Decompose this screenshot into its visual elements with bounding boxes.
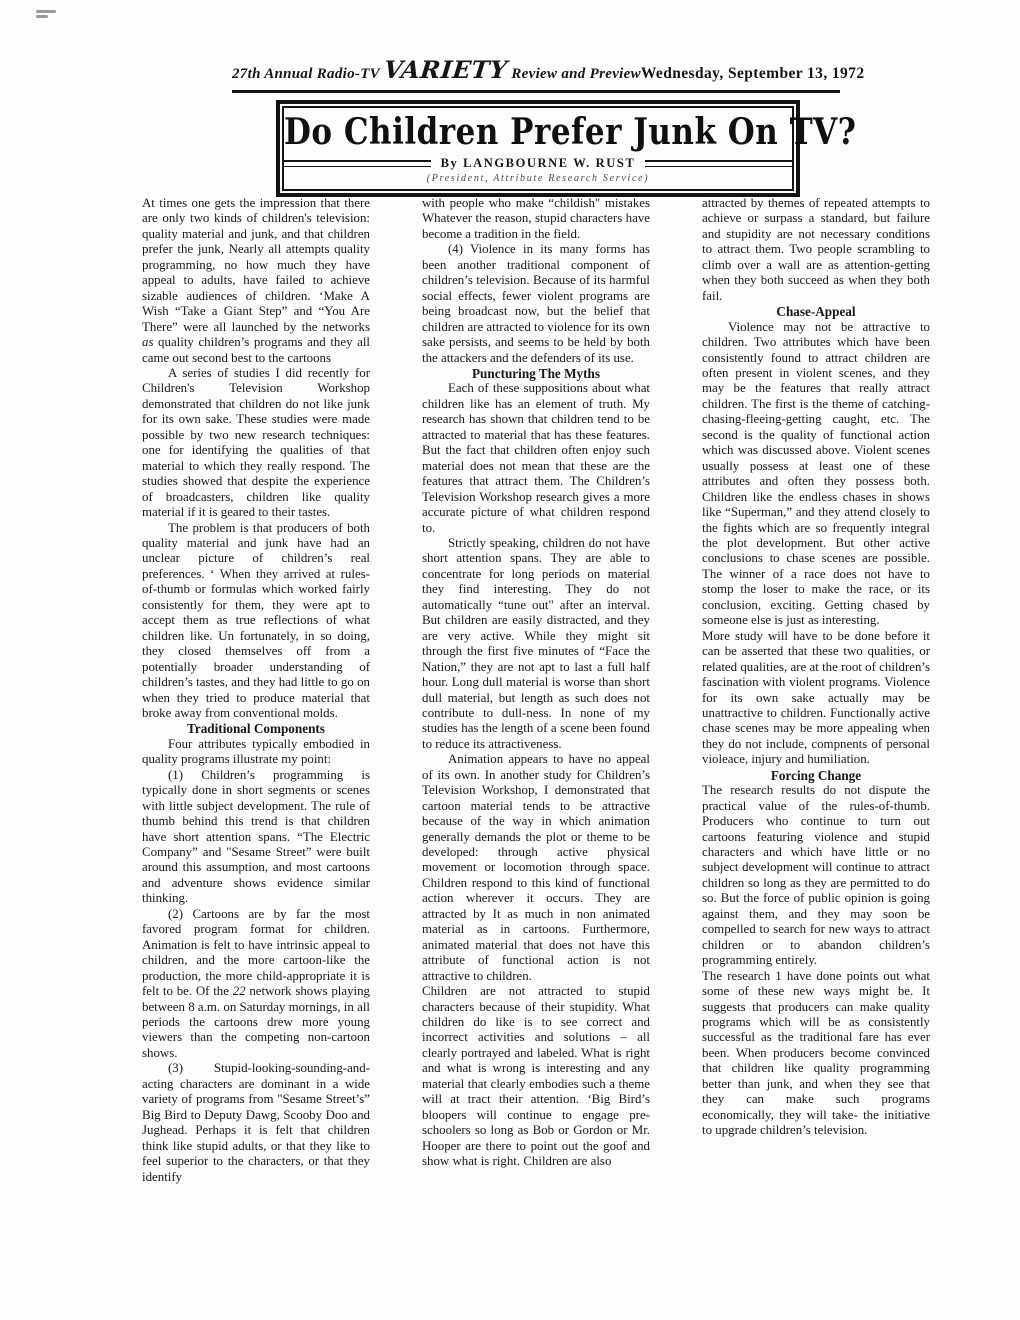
article-paragraph: Strictly speaking, children do not have … <box>422 536 650 752</box>
article-column: At times one gets the impression that th… <box>142 196 370 1185</box>
newspaper-page: 27th Annual Radio-TVVARIETYReview and Pr… <box>0 0 1020 1320</box>
article-paragraph: At times one gets the impression that th… <box>142 196 370 366</box>
article-paragraph: Violence may not be attractive to childr… <box>702 320 930 629</box>
byline-text: By LANGBOURNE W. RUST <box>431 156 646 171</box>
headline-title: Do Children Prefer Junk On TV? <box>284 112 856 152</box>
article-paragraph: Animation appears to have no appeal of i… <box>422 752 650 984</box>
article-paragraph: More study will have to be done before i… <box>702 629 930 768</box>
masthead-edition: 27th Annual Radio-TVVARIETYReview and Pr… <box>232 58 641 83</box>
masthead-edition-post: Review and Preview <box>511 66 641 82</box>
article-paragraph: The research results do not dispute the … <box>702 783 930 968</box>
section-heading: Traditional Components <box>142 721 370 736</box>
italic-text: as <box>142 335 153 349</box>
byline-rule-left <box>284 160 431 167</box>
article-paragraph: (3) Stupid-looking-sounding-and-acting c… <box>142 1061 370 1185</box>
masthead-date: Wednesday, September 13, 1972 <box>641 65 865 83</box>
byline-subtitle: (President, Attribute Research Service) <box>284 173 792 184</box>
article-paragraph: (2) Cartoons are by far the most favored… <box>142 907 370 1062</box>
article-column: attracted by themes of repeated attempts… <box>702 196 930 1139</box>
variety-logo: VARIETY <box>383 58 509 82</box>
section-heading: Puncturing The Myths <box>422 366 650 381</box>
masthead: 27th Annual Radio-TVVARIETYReview and Pr… <box>232 58 840 93</box>
article-paragraph: A series of studies I did recently for C… <box>142 366 370 521</box>
article-paragraph: Children are not attracted to stupid cha… <box>422 984 650 1169</box>
article-paragraph: Each of these suppositions about what ch… <box>422 381 650 536</box>
byline-rule-right <box>645 160 792 167</box>
article-paragraph: Four attributes typically embodied in qu… <box>142 737 370 768</box>
italic-text: 22 <box>233 984 246 998</box>
byline-row: By LANGBOURNE W. RUST <box>284 156 792 171</box>
headline-box-inner: Do Children Prefer Junk On TV? By LANGBO… <box>282 106 794 191</box>
headline-box: Do Children Prefer Junk On TV? By LANGBO… <box>276 100 800 197</box>
section-heading: Chase-Appeal <box>702 304 930 319</box>
article-paragraph: The research 1 have done points out what… <box>702 969 930 1139</box>
section-heading: Forcing Change <box>702 768 930 783</box>
article-paragraph: The problem is that producers of both qu… <box>142 521 370 722</box>
article-paragraph: with people who make “childish" mistakes… <box>422 196 650 242</box>
article-paragraph: attracted by themes of repeated attempts… <box>702 196 930 304</box>
article-column: with people who make “childish" mistakes… <box>422 196 650 1170</box>
article-paragraph: (1) Children’s programming is typically … <box>142 768 370 907</box>
masthead-edition-pre: 27th Annual Radio-TV <box>232 66 380 82</box>
article-paragraph: (4) Violence in its many forms has been … <box>422 242 650 366</box>
scan-artifact <box>36 8 66 20</box>
text-segment: At times one gets the impression that th… <box>142 196 370 334</box>
text-segment: quality children’s programs and they all… <box>142 335 370 364</box>
